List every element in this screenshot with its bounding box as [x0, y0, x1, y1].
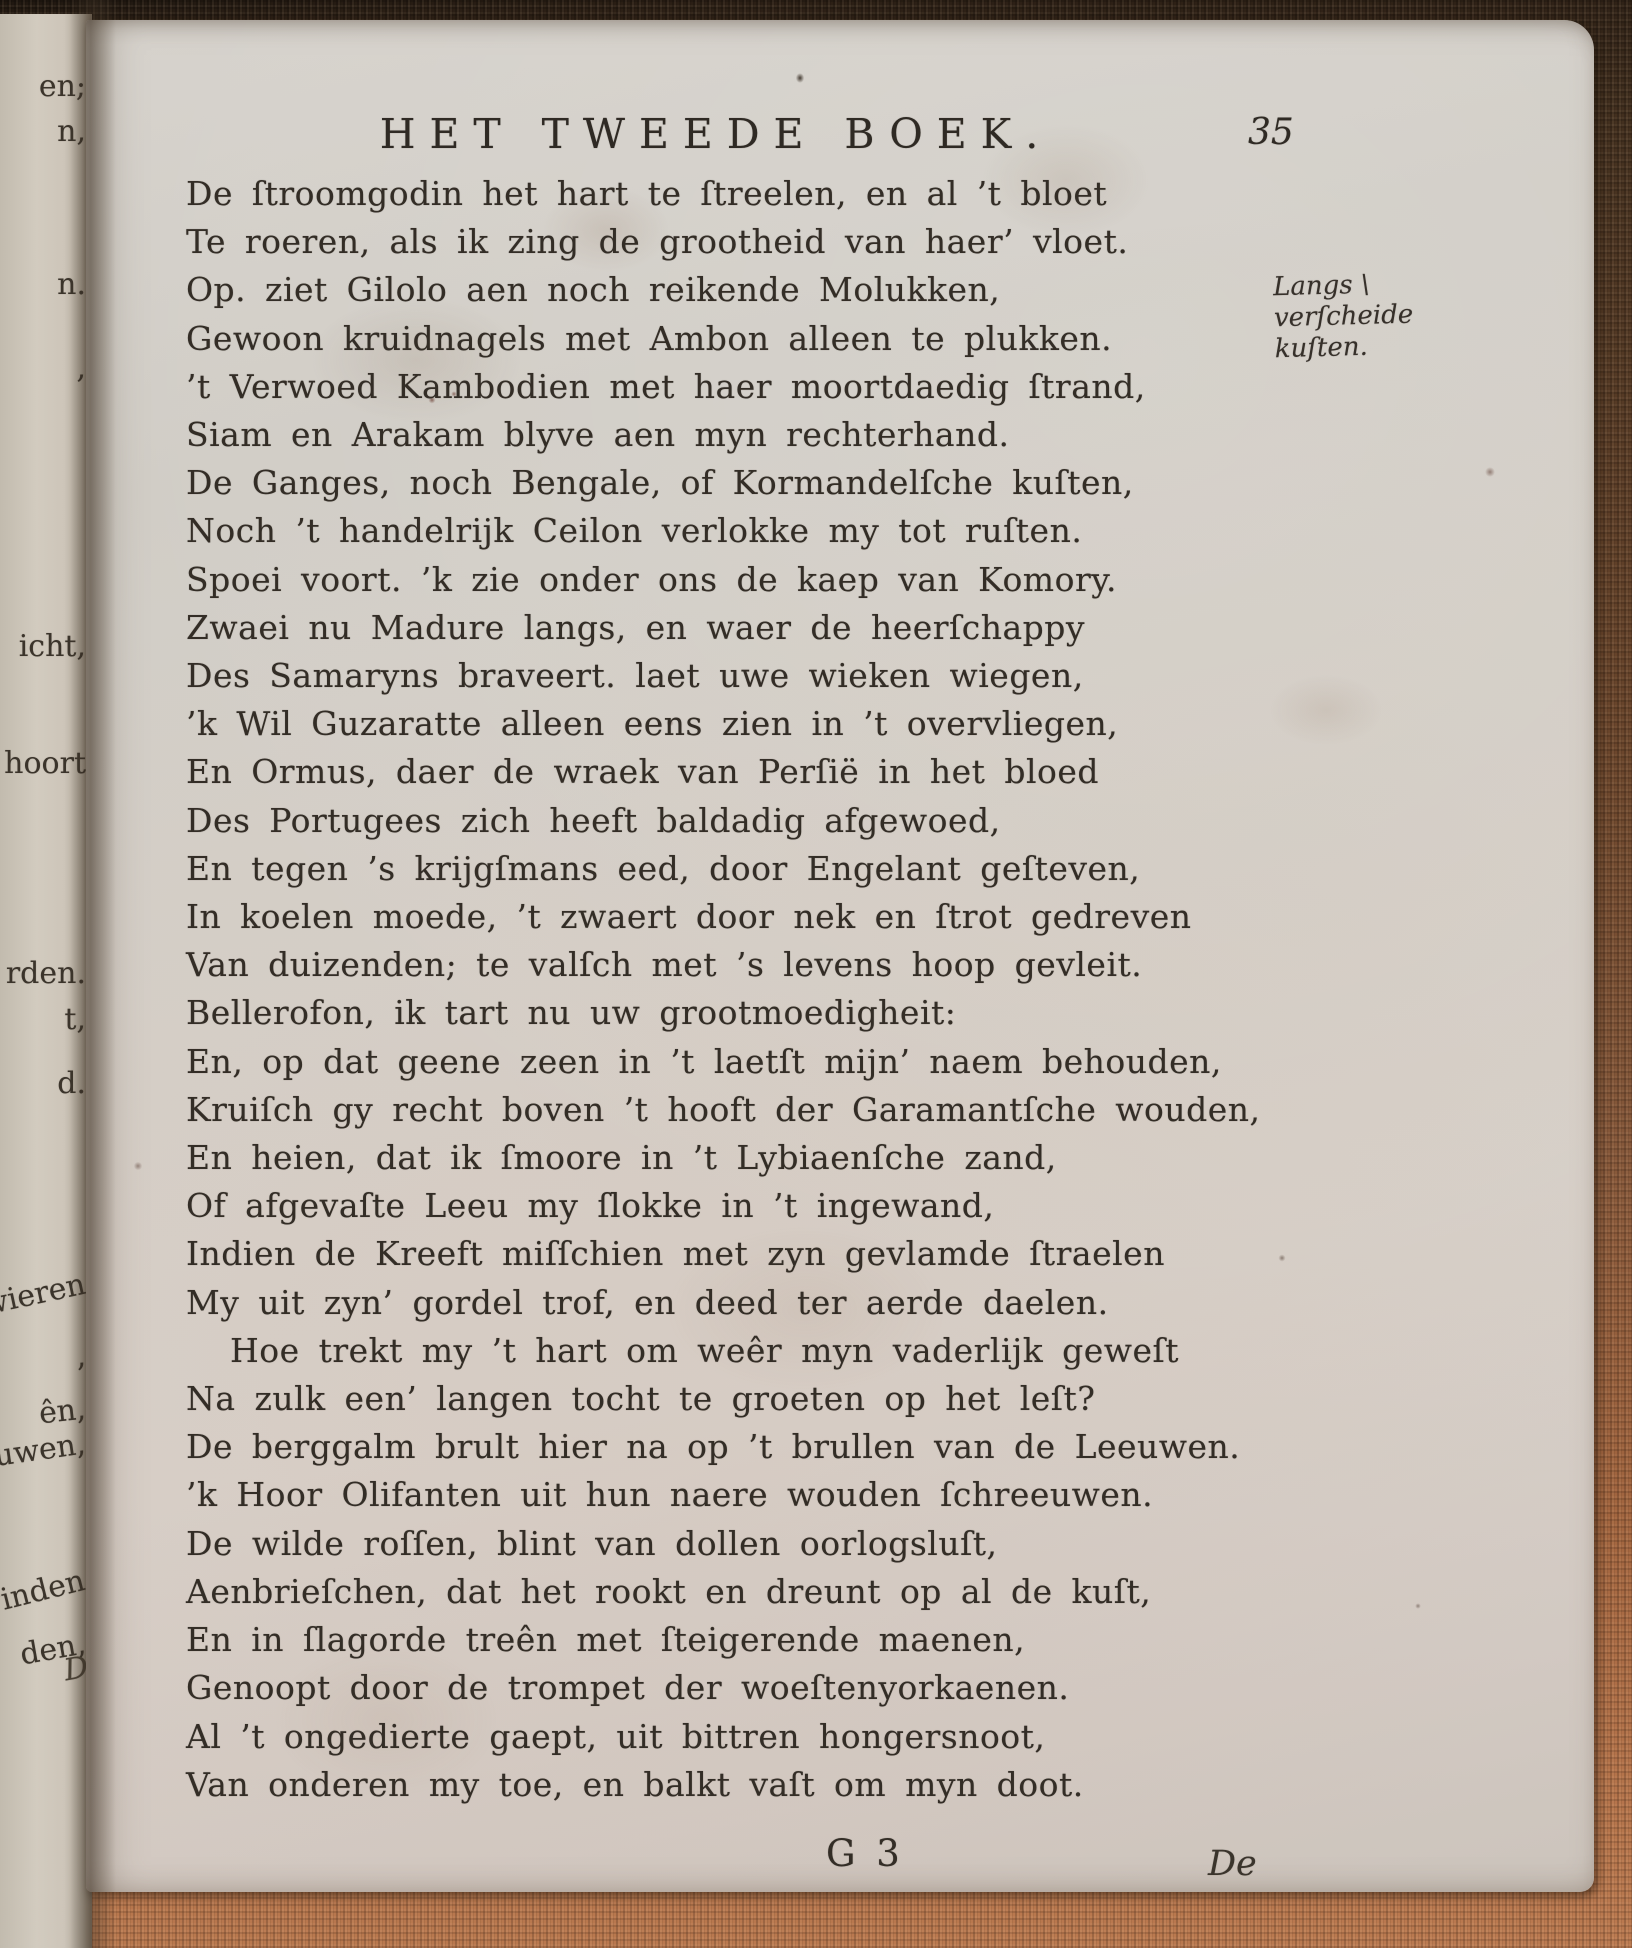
poem-line: ’k Wil Guzaratte alleen eens zien in ’t …	[186, 700, 1376, 748]
poem-line: Aenbrieſchen, dat het rookt en dreunt op…	[186, 1568, 1376, 1616]
page-number: 35	[1248, 112, 1294, 153]
facing-text-fragment: n,	[57, 114, 86, 149]
facing-text-fragment: rden.	[6, 956, 86, 991]
poem-line: Hoe trekt my ’t hart om weêr myn vaderli…	[186, 1327, 1376, 1375]
poem-line: Te roeren, als ik zing de grootheid van …	[186, 218, 1376, 266]
facing-text-fragment: t,	[64, 1002, 86, 1037]
catchword: De	[1208, 1844, 1257, 1884]
margin-note: Langs \ verſcheide kuſten.	[1273, 268, 1445, 365]
facing-text-fragment: zwieren	[0, 1267, 88, 1326]
poem-line: En tegen ’s krijgſmans eed, door Engelan…	[186, 845, 1376, 893]
poem-line: De wilde roſſen, blint van dollen oorlog…	[186, 1520, 1376, 1568]
facing-text-fragment: winden	[0, 1563, 89, 1624]
poem-line: En heien, dat ik ſmoore in ’t Lybiaenſch…	[186, 1134, 1376, 1182]
poem-line: Van onderen my toe, en balkt vaſt om myn…	[186, 1761, 1376, 1809]
poem-line: En Ormus, daer de wraek van Perſië in he…	[186, 748, 1376, 796]
poem-line: En in ſlagorde treên met ſteigerende mae…	[186, 1616, 1376, 1664]
poem-line: ’k Hoor Olifanten uit hun naere wouden ſ…	[186, 1471, 1376, 1519]
poem-line: Al ’t ongedierte gaept, uit bittren hong…	[186, 1713, 1376, 1761]
margin-note-line: kuſten.	[1274, 330, 1445, 365]
signature-mark: G 3	[826, 1832, 904, 1875]
poem-line: En, op dat geene zeen in ’t laetſt mijn’…	[186, 1038, 1376, 1086]
facing-text-fragment: ouwen,	[0, 1427, 88, 1477]
poem-line: Indien de Kreeft miſſchien met zyn gevla…	[186, 1230, 1376, 1278]
facing-text-fragment: hoort	[4, 746, 86, 781]
poem-line: ’t Verwoed Kambodien met haer moortdaedi…	[186, 363, 1376, 411]
poem-line: Siam en Arakam blyve aen myn rechterhand…	[186, 411, 1376, 459]
poem-line: Noch ’t handelrijk Ceilon verlokke my to…	[186, 507, 1376, 555]
facing-text-fragment: en;	[39, 69, 86, 104]
poem-line: Op. ziet Gilolo aen noch reikende Molukk…	[186, 266, 1376, 314]
poem-line: Na zulk een’ langen tocht te groeten op …	[186, 1375, 1376, 1423]
poem-line: Genoopt door de trompet der woeſtenyorka…	[186, 1664, 1376, 1712]
poem-line: In koelen moede, ’t zwaert door nek en ſ…	[186, 893, 1376, 941]
facing-text-fragment: ên,	[38, 1392, 88, 1432]
poem-line: Of afgevaſte Leeu my ſlokke in ’t ingewa…	[186, 1182, 1376, 1230]
facing-page-edge: en; n, n. , icht, hoort rden. t, d. zwie…	[0, 14, 92, 1948]
margin-note-line: verſcheide	[1274, 299, 1445, 334]
facing-text-fragment: n.	[57, 267, 86, 302]
poem-line: Bellerofon, ik tart nu uw grootmoedighei…	[186, 989, 1376, 1037]
margin-note-line: Langs \	[1273, 268, 1444, 303]
poem-line: De berggalm brult hier na op ’t brullen …	[186, 1423, 1376, 1471]
poem-line: Van duizenden; te valſch met ’s levens h…	[186, 941, 1376, 989]
poem-line: My uit zyn’ gordel trof, en deed ter aer…	[186, 1279, 1376, 1327]
poem-line: Des Portugees zich heeft baldadig afgewo…	[186, 797, 1376, 845]
facing-text-fragment: ,	[76, 351, 86, 386]
book-photo: en; n, n. , icht, hoort rden. t, d. zwie…	[0, 0, 1632, 1948]
poem-line: Kruiſch gy recht boven ’t hooft der Gara…	[186, 1086, 1376, 1134]
poem-line: Gewoon kruidnagels met Ambon alleen te p…	[186, 315, 1376, 363]
facing-text-fragment: icht,	[19, 629, 86, 664]
poem-text: De ſtroomgodin het hart te ſtreelen, en …	[186, 170, 1376, 1809]
poem-line: Des Samaryns braveert. laet uwe wieken w…	[186, 652, 1376, 700]
poem-line: Spoei voort. ’k zie onder ons de kaep va…	[186, 556, 1376, 604]
poem-line: De Ganges, noch Bengale, of Kormandelſch…	[186, 459, 1376, 507]
running-header: HET TWEEDE BOEK.	[296, 110, 1136, 158]
poem-line: Zwaei nu Madure langs, en waer de heerſc…	[186, 604, 1376, 652]
book-page: HET TWEEDE BOEK. 35 De ſtroomgodin het h…	[86, 20, 1594, 1892]
facing-text-fragment: d.	[57, 1066, 86, 1101]
poem-line: De ſtroomgodin het hart te ſtreelen, en …	[186, 170, 1376, 218]
